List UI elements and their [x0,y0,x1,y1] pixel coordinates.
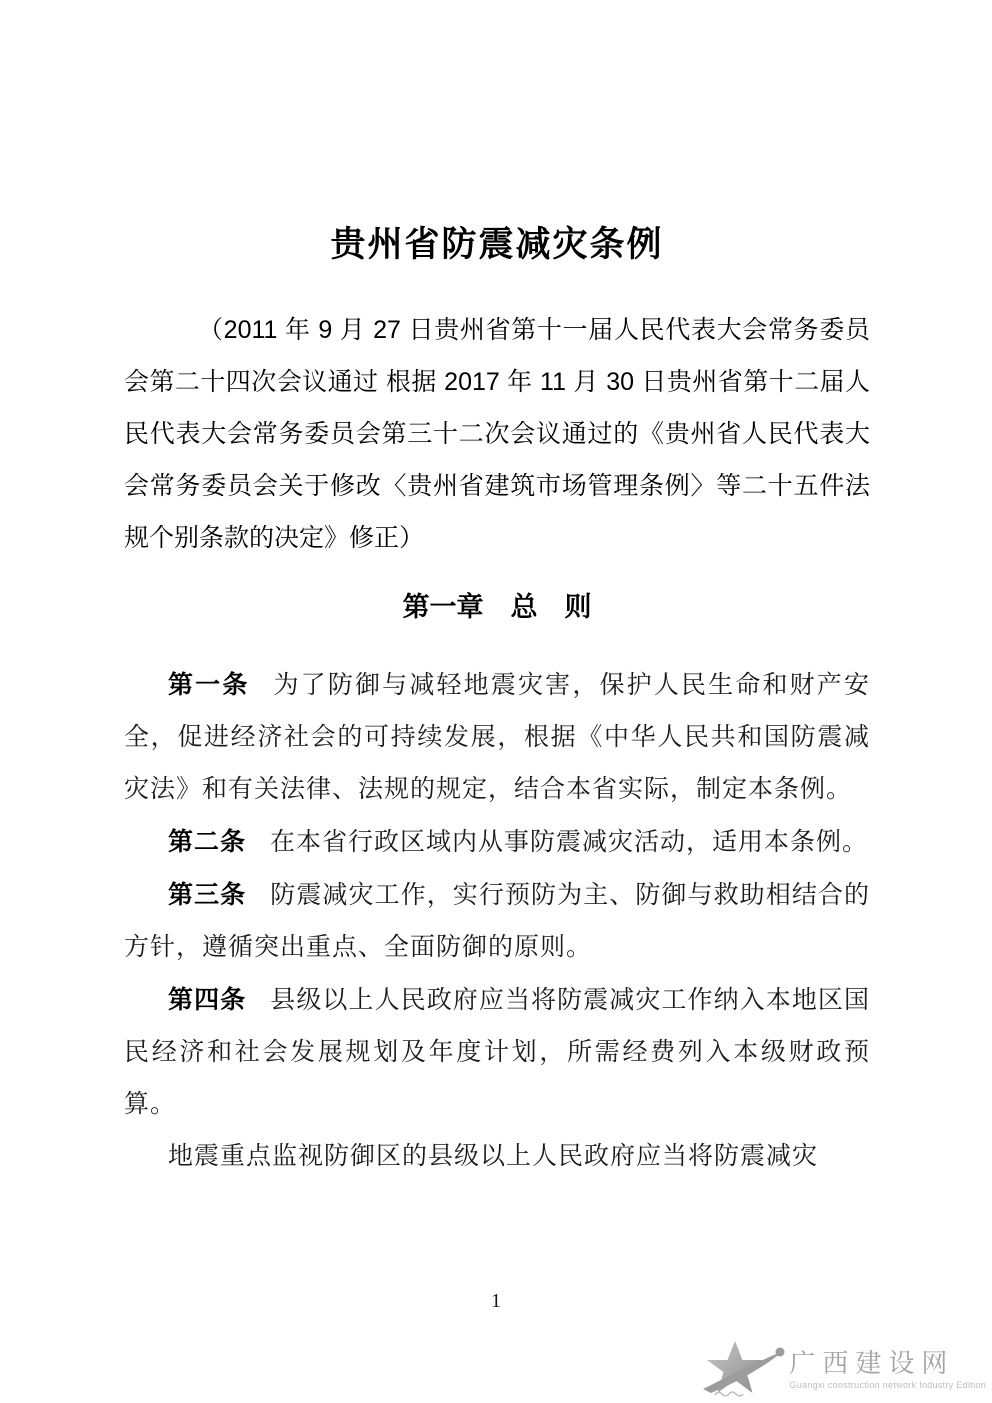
logo-script [715,1392,743,1396]
article-text: 在本省行政区域内从事防震减灾活动，适用本条例。 [270,829,868,856]
watermark-text: 广西建设网 Guangxi construction network Indus… [789,1348,986,1391]
document-page: 贵州省防震减灾条例 （2011 年 9 月 27 日贵州省第十一届人民代表大会常… [0,0,992,1403]
dot-shape [776,1348,785,1357]
watermark-logo: 广西建设网 Guangxi construction network Indus… [703,1339,986,1399]
document-title: 贵州省防震减灾条例 [124,222,870,268]
watermark-subtitle: Guangxi construction network Industry Ed… [789,1379,986,1391]
swoosh-shape [703,1351,783,1393]
article-label: 第一条 [168,671,250,699]
continuation-paragraph: 地震重点监视防御区的县级以上人民政府应当将防震减灾 [124,1131,870,1183]
watermark-brand: 广西建设网 [789,1348,986,1379]
article-label: 第二条 [168,828,246,856]
article-paragraph-1: 第一条为了防御与减轻地震灾害，保护人民生命和财产安全，促进经济社会的可持续发展，… [124,659,870,816]
document-content: 贵州省防震减灾条例 （2011 年 9 月 27 日贵州省第十一届人民代表大会常… [0,0,992,1403]
article-label: 第四条 [168,986,246,1014]
page-footer: 1 [0,1288,992,1314]
article-label: 第三条 [168,881,246,909]
article-paragraph-2: 第二条在本省行政区域内从事防震减灾活动，适用本条例。 [124,816,870,869]
page-number: 1 [491,1290,501,1312]
chapter-heading: 第一章 总 则 [124,581,870,633]
article-paragraph-4: 第四条县级以上人民政府应当将防震减灾工作纳入本地区国民经济和社会发展规划及年度计… [124,974,870,1131]
preamble-paragraph: （2011 年 9 月 27 日贵州省第十一届人民代表大会常务委员会第二十四次会… [124,304,870,564]
article-paragraph-3: 第三条防震减灾工作，实行预防为主、防御与救助相结合的方针，遵循突出重点、全面防御… [124,869,870,974]
star-swoosh-icon [703,1339,787,1399]
